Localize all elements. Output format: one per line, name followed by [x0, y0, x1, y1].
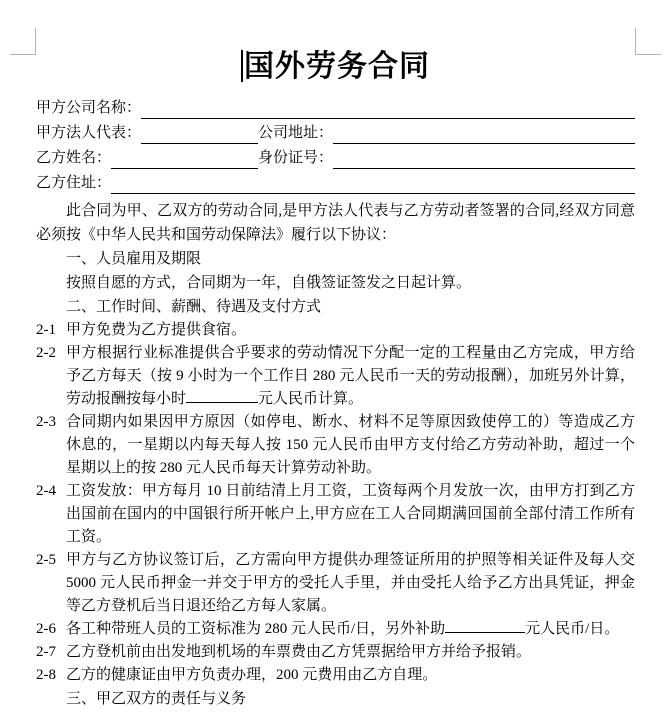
clause-number: 2-5 — [36, 549, 66, 618]
document-page: 国外劳务合同 甲方公司名称： 甲方法人代表： 公司地址： 乙方姓名： 身份证号：… — [0, 0, 671, 723]
document-title-line: 国外劳务合同 — [36, 48, 635, 86]
party-b-addr-label: 乙方住址： — [36, 172, 111, 194]
form-row-name-id: 乙方姓名： 身份证号： — [36, 144, 635, 169]
party-b-addr-blank[interactable] — [111, 174, 635, 194]
party-b-name-label: 乙方姓名： — [36, 147, 111, 169]
id-number-label: 身份证号： — [258, 147, 333, 169]
section-2-heading: 二、工作时间、薪酬、待遇及支付方式 — [36, 295, 635, 319]
text-boundary-mark-right — [635, 28, 661, 55]
form-row-party-b-address: 乙方住址： — [36, 169, 635, 194]
clause-number: 2-3 — [36, 411, 66, 480]
clause-text: 甲方根据行业标准提供合乎要求的劳动情况下分配一定的工程量由乙方完成，甲方给予乙方… — [66, 342, 635, 411]
clause-text: 甲方免费为乙方提供食宿。 — [66, 319, 635, 342]
party-b-name-blank[interactable] — [111, 149, 258, 169]
legal-rep-group: 甲方法人代表： — [36, 122, 258, 144]
clause-number: 2-2 — [36, 342, 66, 411]
clause-number: 2-1 — [36, 319, 66, 342]
company-name-label: 甲方公司名称： — [36, 97, 141, 119]
clause-2-5: 2-5 甲方与乙方协议签订后，乙方需向甲方提供办理签证所用的护照等相关证件及每人… — [36, 549, 635, 618]
section-1-body: 按照自愿的方式，合同期为一年，自俄签证签发之日起计算。 — [36, 271, 635, 295]
clause-2-1: 2-1 甲方免费为乙方提供食宿。 — [36, 319, 635, 342]
clause-2-6: 2-6 各工种带班人员的工资标准为 280 元人民币/日，另外补助元人民币/日。 — [36, 618, 635, 641]
section-3-heading: 三、甲乙双方的责任与义务 — [36, 687, 635, 711]
clause-2-3: 2-3 合同期内如果因甲方原因（如停电、断水、材料不足等原因致使停工的）等造成乙… — [36, 411, 635, 480]
clause-number: 2-4 — [36, 480, 66, 549]
hourly-pay-fill-in-blank[interactable] — [186, 388, 258, 403]
section-1-heading: 一、人员雇用及期限 — [36, 247, 635, 271]
clause-text: 合同期内如果因甲方原因（如停电、断水、材料不足等原因致使停工的）等造成乙方休息的… — [66, 411, 635, 480]
intro-paragraph: 此合同为甲、乙双方的劳动合同,是甲方法人代表与乙方劳动者签署的合同,经双方同意必… — [36, 199, 635, 247]
form-row-company-name: 甲方公司名称： — [36, 94, 635, 119]
text-cursor — [241, 50, 243, 82]
clause-text: 甲方与乙方协议签订后，乙方需向甲方提供办理签证所用的护照等相关证件及每人交 50… — [66, 549, 635, 618]
subsidy-fill-in-blank[interactable] — [445, 618, 525, 633]
clause-text: 工资发放：甲方每月 10 日前结清上月工资，工资每两个月发放一次，由甲方打到乙方… — [66, 480, 635, 549]
clause-number: 2-6 — [36, 618, 66, 641]
clause-2-2: 2-2 甲方根据行业标准提供合乎要求的劳动情况下分配一定的工程量由乙方完成，甲方… — [36, 342, 635, 411]
clause-2-4: 2-4 工资发放：甲方每月 10 日前结清上月工资，工资每两个月发放一次，由甲方… — [36, 480, 635, 549]
company-name-blank[interactable] — [141, 99, 635, 119]
clause-text: 乙方的健康证由甲方负责办理，200 元费用由乙方自理。 — [66, 664, 635, 687]
text-boundary-mark-left — [10, 28, 36, 55]
clause-text-after-blank: 元人民币计算。 — [258, 391, 363, 407]
company-addr-label: 公司地址： — [258, 122, 333, 144]
legal-rep-label: 甲方法人代表： — [36, 122, 141, 144]
clause-2-7: 2-7 乙方登机前由出发地到机场的车票费由乙方凭票据给甲方并给予报销。 — [36, 641, 635, 664]
clause-2-8: 2-8 乙方的健康证由甲方负责办理，200 元费用由乙方自理。 — [36, 664, 635, 687]
legal-rep-blank[interactable] — [141, 124, 258, 144]
clause-number: 2-8 — [36, 664, 66, 687]
clause-text: 各工种带班人员的工资标准为 280 元人民币/日，另外补助元人民币/日。 — [66, 618, 635, 641]
document-title: 国外劳务合同 — [244, 50, 430, 83]
clause-number: 2-7 — [36, 641, 66, 664]
document-content: 国外劳务合同 甲方公司名称： 甲方法人代表： 公司地址： 乙方姓名： 身份证号：… — [36, 0, 635, 711]
company-addr-blank[interactable] — [333, 124, 635, 144]
form-row-legal-rep-address: 甲方法人代表： 公司地址： — [36, 119, 635, 144]
clause-text-before-blank: 各工种带班人员的工资标准为 280 元人民币/日，另外补助 — [66, 621, 445, 637]
id-number-blank[interactable] — [333, 149, 635, 169]
party-b-name-group: 乙方姓名： — [36, 147, 258, 169]
clause-text: 乙方登机前由出发地到机场的车票费由乙方凭票据给甲方并给予报销。 — [66, 641, 635, 664]
clause-text-after-blank: 元人民币/日。 — [525, 621, 619, 637]
